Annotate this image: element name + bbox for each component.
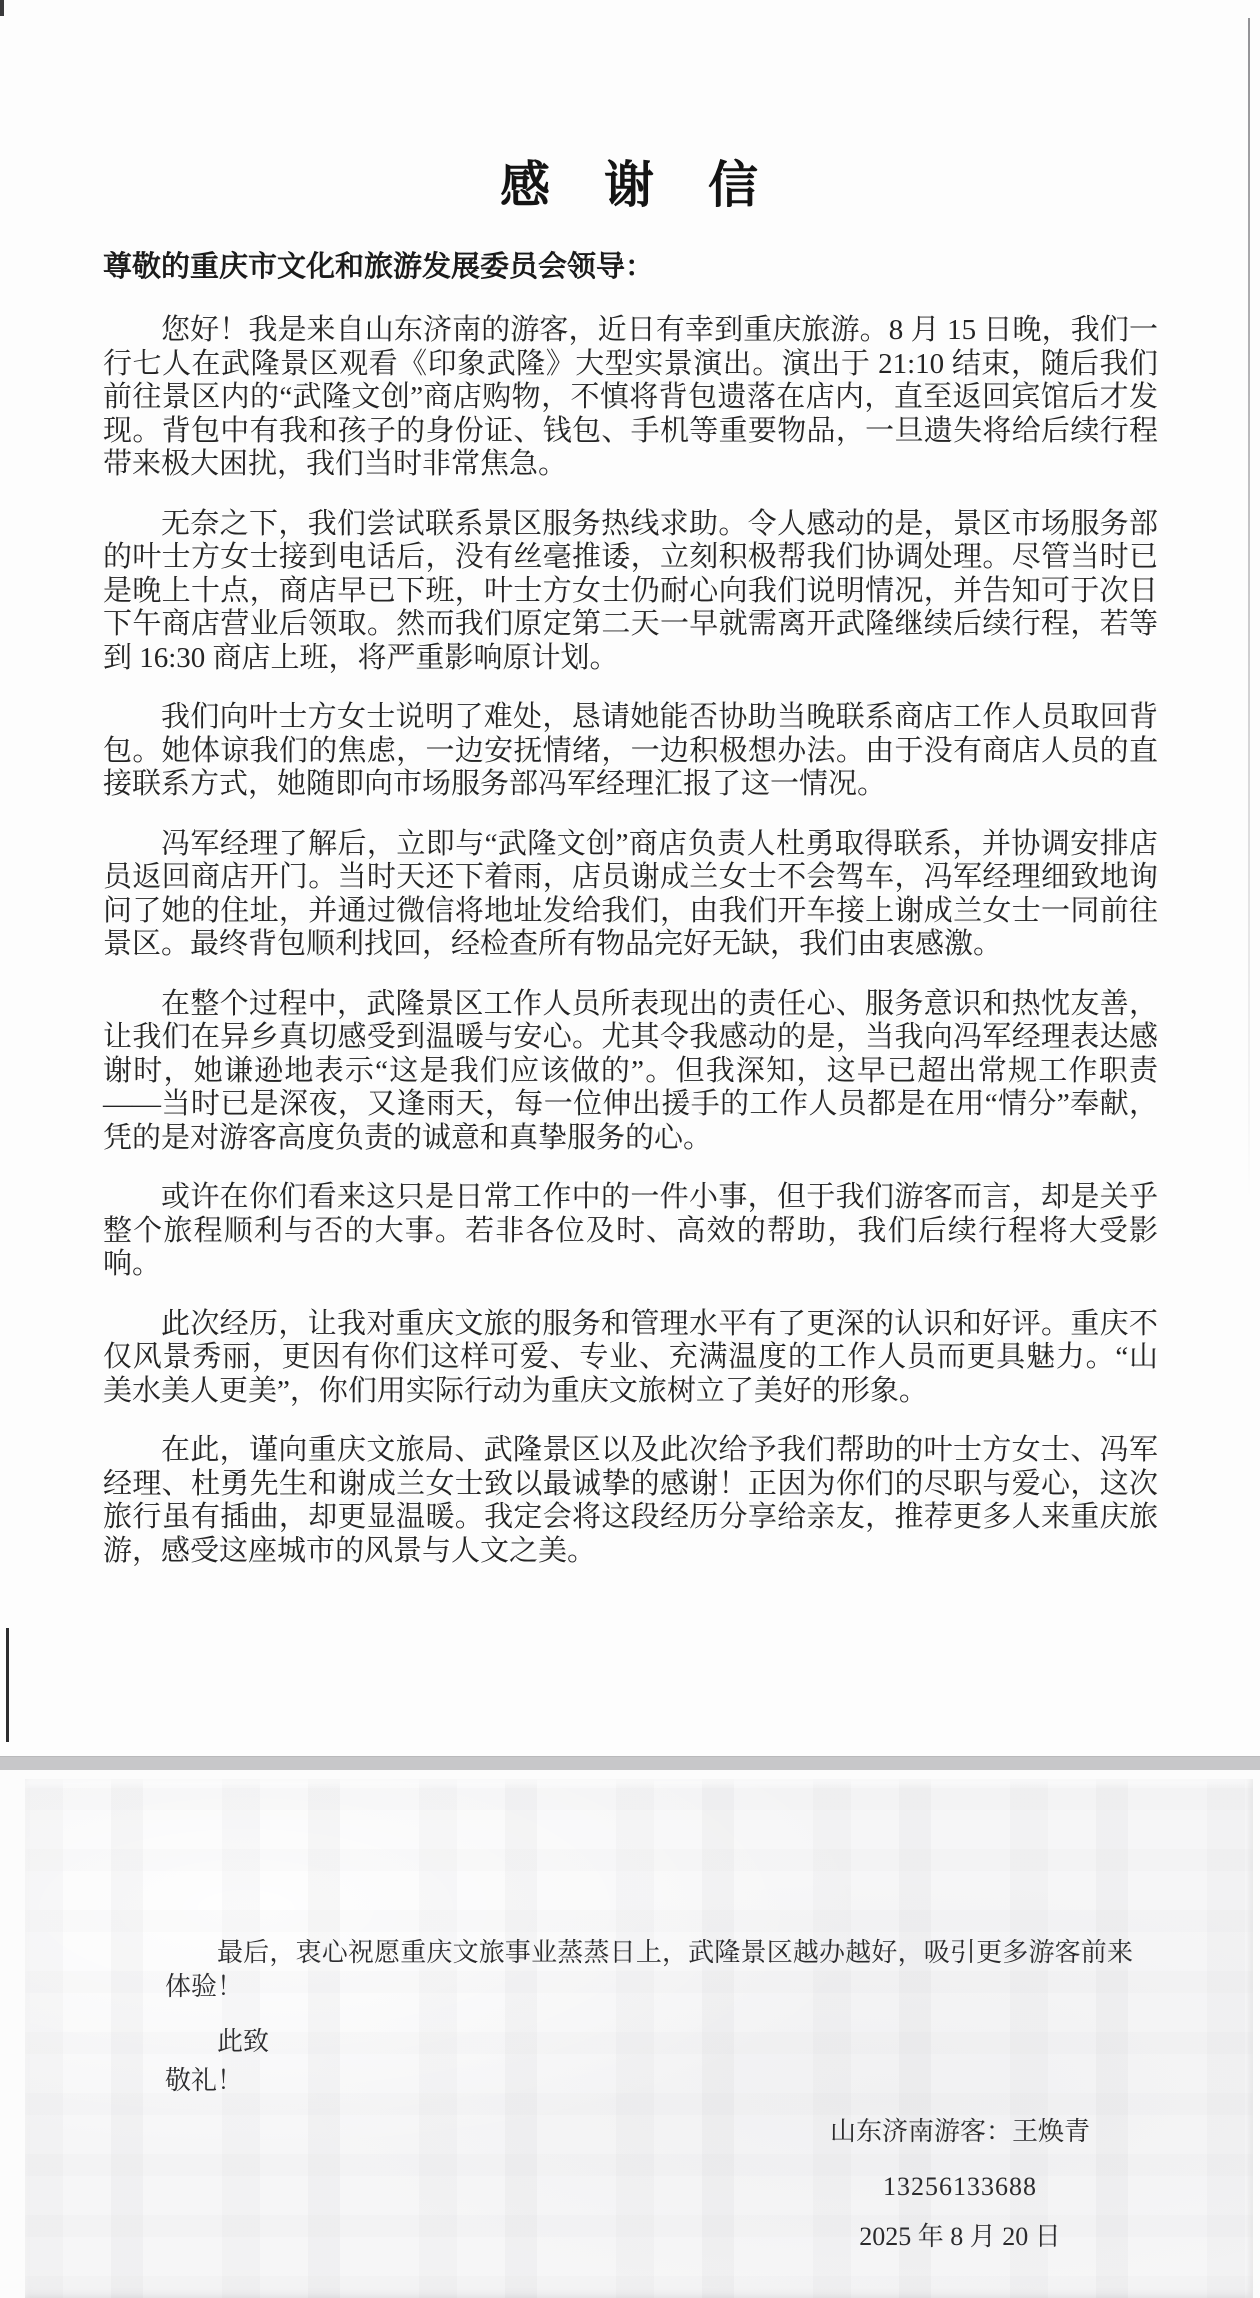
letter-page-2: 最后，衷心祝愿重庆文旅事业蒸蒸日上，武隆景区越办越好，吸引更多游客前来体验！ 此…	[25, 1779, 1253, 2298]
letter-closing-paragraph: 最后，衷心祝愿重庆文旅事业蒸蒸日上，武隆景区越办越好，吸引更多游客前来体验！	[165, 1936, 1133, 2004]
letter-title: 感 谢 信	[0, 156, 1260, 214]
scan-right-edge-line	[1248, 18, 1250, 1198]
letter-paragraph-4: 冯军经理了解后，立即与“武隆文创”商店负责人杜勇取得联系，并协调安排店员返回商店…	[103, 828, 1158, 962]
letter-paragraph-3: 我们向叶士方女士说明了难处，恳请她能否协助当晚联系商店工作人员取回背包。她体谅我…	[103, 701, 1158, 802]
letter-page-1: 感 谢 信 尊敬的重庆市文化和旅游发展委员会领导： 您好！我是来自山东济南的游客…	[0, 0, 1260, 1756]
letter-paragraph-2: 无奈之下，我们尝试联系景区服务热线求助。令人感动的是，景区市场服务部的叶士方女士…	[103, 508, 1158, 676]
letter-signature: 山东济南游客：王焕青	[760, 2115, 1160, 2149]
letter-body: 您好！我是来自山东济南的游客，近日有幸到重庆旅游。8 月 15 日晚，我们一行七…	[103, 314, 1158, 1594]
letter-paragraph-1: 您好！我是来自山东济南的游客，近日有幸到重庆旅游。8 月 15 日晚，我们一行七…	[103, 314, 1158, 482]
thank-you-letter-scan: 感 谢 信 尊敬的重庆市文化和旅游发展委员会领导： 您好！我是来自山东济南的游客…	[0, 0, 1260, 2298]
letter-phone-number: 13256133688	[760, 2170, 1160, 2204]
letter-paragraph-6: 或许在你们看来这只是日常工作中的一件小事，但于我们游客而言，却是关乎整个旅程顺利…	[103, 1181, 1158, 1282]
letter-date: 2025 年 8 月 20 日	[760, 2220, 1160, 2254]
letter-salute-jingli: 敬礼！	[165, 2064, 243, 2098]
scan-corner-speck	[0, 0, 4, 16]
letter-paragraph-5: 在整个过程中，武隆景区工作人员所表现出的责任心、服务意识和热忱友善，让我们在异乡…	[103, 988, 1158, 1156]
letter-paragraph-7: 此次经历，让我对重庆文旅的服务和管理水平有了更深的认识和好评。重庆不仅风景秀丽，…	[103, 1308, 1158, 1409]
page-separator-band	[0, 1756, 1260, 1771]
scan-left-artifact-line	[6, 1628, 9, 1742]
letter-paragraph-8: 在此，谨向重庆文旅局、武隆景区以及此次给予我们帮助的叶士方女士、冯军经理、杜勇先…	[103, 1434, 1158, 1568]
letter-salutation: 尊敬的重庆市文化和旅游发展委员会领导：	[103, 250, 1158, 284]
letter-salute-cizhi: 此致	[217, 2025, 269, 2059]
